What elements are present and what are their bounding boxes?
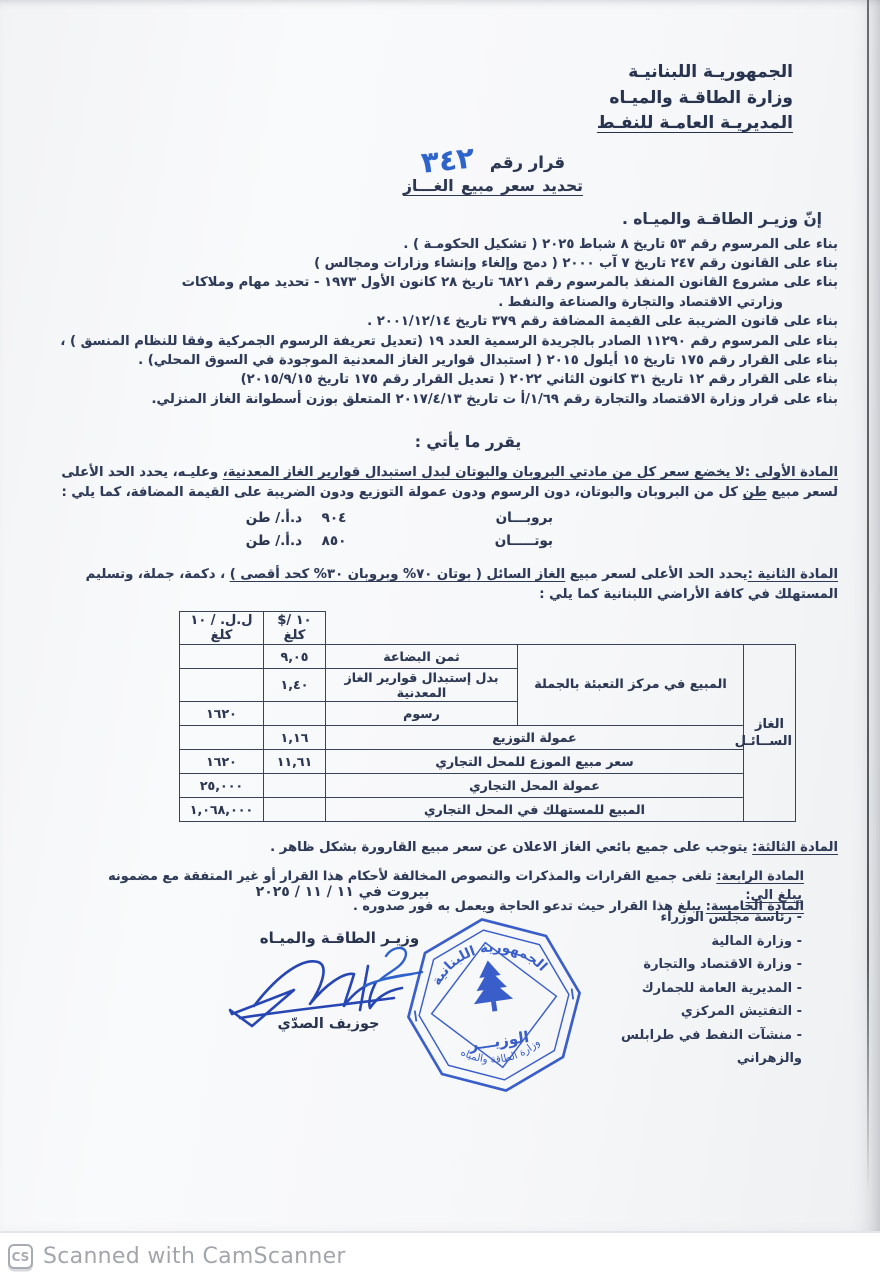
letterhead: الجمهوريـة اللبنانيـة وزارة الطاقـة والم… <box>38 60 793 137</box>
commodity-price: ٨٥٠ <box>308 533 360 549</box>
preamble-line: بناء على المرسوم رقم ٥٣ تاريخ ٨ شباط ٢٠٢… <box>38 235 838 254</box>
article-heading: المادة الرابعة: <box>716 869 804 884</box>
table-col-header-lbp: ل.ل. / ١٠ كلغ <box>179 611 263 644</box>
distribution-item: - التفتيش المركزي <box>557 1000 802 1024</box>
table-row: عمولة المحل التجاري٢٥,٠٠٠ <box>179 773 795 797</box>
distribution-item: - رئاسة مجلس الوزراء <box>557 906 802 930</box>
table-item-label: ثمن البضاعة <box>325 644 517 668</box>
camscanner-text: Scanned with CamScanner <box>43 1244 346 1269</box>
article-2: المادة الثانية :يحدد الحد الأعلى لسعر مب… <box>38 565 838 604</box>
table-row: سعر مبيع الموزع للمحل التجاري١١,٦١١٦٢٠ <box>179 749 795 773</box>
article-text: لا يخضع سعر كل من مادتي البروبان والبوتا… <box>223 465 745 480</box>
article-text: يتوجب على جميع بائعي الغاز الاعلان عن سع… <box>270 840 752 855</box>
paper: الجمهوريـة اللبنانيـة وزارة الطاقـة والم… <box>0 0 880 1233</box>
gas-table: $/ ١٠ كلغل.ل. / ١٠ كلغالغاز الســائـلالم… <box>179 611 796 822</box>
table-side-label: الغاز الســائـل <box>744 644 796 821</box>
commodity-price: ٩٠٤ <box>308 510 360 526</box>
table-row: الغاز الســائـلالمبيع في مركز التعبئة با… <box>179 644 795 668</box>
document-content: الجمهوريـة اللبنانيـة وزارة الطاقـة والم… <box>38 60 838 916</box>
distribution-item: - وزارة المالية <box>557 930 802 954</box>
table-item-label: المبيع للمستهلك في المحل التجاري <box>325 797 743 821</box>
table-item-label: عمولة المحل التجاري <box>325 773 743 797</box>
article-text: كل من البروبان والبوتان، دون الرسوم ودون… <box>62 485 743 500</box>
preamble-line: بناء على القانون رقم ٢٤٧ تاريخ ٧ آب ٢٠٠٠… <box>38 254 838 273</box>
table-lbp-value: ٢٥,٠٠٠ <box>179 773 263 797</box>
distribution-block: يبلغ الى: - رئاسة مجلس الوزراء- وزارة ال… <box>557 888 802 1071</box>
article-text: الغاز السائل ( بوتان ٧٠% وبروبان ٣٠% كحد… <box>230 567 565 582</box>
commodity-name: بروبـــان <box>438 510 553 526</box>
price-row: بوتـــــان٨٥٠د.أ./ طن <box>38 533 553 556</box>
table-item-label: عمولة التوزيع <box>325 725 743 749</box>
distribution-title: يبلغ الى: <box>587 888 802 903</box>
table-col-header-usd: $/ ١٠ كلغ <box>263 611 325 644</box>
distribution-item: - وزارة الاقتصاد والتجارة <box>557 953 802 977</box>
article-text: طن <box>743 485 767 500</box>
article-1: المادة الأولى :لا يخضع سعر كل من مادتي ا… <box>38 463 838 502</box>
decree-label: قرار رقم <box>490 153 565 172</box>
table-lbp-value: ١,٠٦٨,٠٠٠ <box>179 797 263 821</box>
letterhead-republic: الجمهوريـة اللبنانيـة <box>38 60 793 86</box>
article-heading: المادة الثانية : <box>748 567 838 582</box>
minister-name: جوزيف الصدّي <box>256 1016 401 1032</box>
distribution-item: - المديرية العامة للجمارك <box>557 977 802 1001</box>
preamble-line: بناء على مشروع القانون المنفذ بالمرسوم ر… <box>38 273 838 292</box>
letterhead-ministry: وزارة الطاقـة والميـاه <box>38 86 793 112</box>
table-header-row: $/ ١٠ كلغل.ل. / ١٠ كلغ <box>179 611 795 644</box>
decree-subject: تحديد سعر مبيع الغـــاز <box>93 177 880 195</box>
table-usd-value <box>263 797 325 821</box>
scanned-document-page: الجمهوريـة اللبنانيـة وزارة الطاقـة والم… <box>0 0 880 1280</box>
table-group-label: المبيع في مركز التعبئة بالجملة <box>518 644 744 725</box>
table-usd-value: ٩,٠٥ <box>263 644 325 668</box>
resolution-line: يقرر ما يأتي : <box>68 433 868 451</box>
preamble-list: بناء على المرسوم رقم ٥٣ تاريخ ٨ شباط ٢٠٢… <box>38 235 838 410</box>
camscanner-icon: CS <box>8 1244 33 1269</box>
preamble-line: بناء على القرار رقم ١٢ تاريخ ٣١ كانون ال… <box>38 370 838 389</box>
table-usd-value <box>263 773 325 797</box>
table-usd-value: ١١,٦١ <box>263 749 325 773</box>
intro-line: إنّ وزيـر الطاقـة والميـاه . <box>38 210 822 228</box>
preamble-line: بناء على القرار رقم ١٧٥ تاريخ ١٥ أيلول ٢… <box>38 351 838 370</box>
article-3: المادة الثالثة: يتوجب على جميع بائعي الغ… <box>38 838 838 858</box>
table-usd-value: ١,٤٠ <box>263 668 325 701</box>
table-lbp-value <box>179 644 263 668</box>
table-lbp-value: ١٦٢٠ <box>179 749 263 773</box>
table-row: المبيع للمستهلك في المحل التجاري١,٠٦٨,٠٠… <box>179 797 795 821</box>
dateline: بيروت في ١١ / ١١ / ٢٠٢٥ <box>245 884 440 900</box>
article-heading: المادة الثالثة: <box>752 840 838 855</box>
commodity-name: بوتـــــان <box>438 533 553 549</box>
preamble-line: بناء على قرار وزارة الاقتصاد والتجارة رق… <box>38 390 838 409</box>
decree-number-row: قرار رقم ٣٤٢ <box>93 141 880 177</box>
letterhead-directorate: المديريـة العامـة للنفـط <box>38 111 793 137</box>
table-item-label: رسوم <box>325 701 517 725</box>
table-lbp-value <box>179 725 263 749</box>
table-item-label: بدل إستبدال قوارير الغاز المعدنية <box>325 668 517 701</box>
table-header-spacer <box>325 611 795 644</box>
table-usd-value: ١,١٦ <box>263 725 325 749</box>
commodity-unit: د.أ./ طن <box>220 510 302 526</box>
table-lbp-value: ١٦٢٠ <box>179 701 263 725</box>
article-heading: المادة الأولى : <box>745 465 838 480</box>
cedar-icon <box>468 958 514 1014</box>
distribution-item: - منشآت النفط في طرابلس والزهراني <box>557 1024 802 1071</box>
article-text: تلغى جميع القرارات والمذكرات والنصوص الم… <box>108 869 716 884</box>
preamble-line: بناء على قانون الضريبة على القيمة المضاف… <box>38 312 838 331</box>
decree-number-handwritten: ٣٤٢ <box>420 140 476 179</box>
price-row: بروبـــان٩٠٤د.أ./ طن <box>38 510 553 533</box>
article-text: يحدد الحد الأعلى لسعر مبيع <box>565 567 747 582</box>
preamble-line: وزارتي الاقتصاد والتجارة والصناعة والنفط… <box>38 293 783 312</box>
table-lbp-value <box>179 668 263 701</box>
table-item-label: سعر مبيع الموزع للمحل التجاري <box>325 749 743 773</box>
distribution-list: - رئاسة مجلس الوزراء- وزارة المالية- وزا… <box>557 906 802 1071</box>
price-list: بروبـــان٩٠٤د.أ./ طنبوتـــــان٨٥٠د.أ./ ط… <box>38 510 553 556</box>
commodity-unit: د.أ./ طن <box>220 533 302 549</box>
preamble-line: بناء على المرسوم رقم ١١٢٩٠ الصادر بالجري… <box>38 332 838 351</box>
table-usd-value <box>263 701 325 725</box>
table-row: عمولة التوزيع١,١٦ <box>179 725 795 749</box>
camscanner-bar: CS Scanned with CamScanner <box>0 1233 880 1280</box>
